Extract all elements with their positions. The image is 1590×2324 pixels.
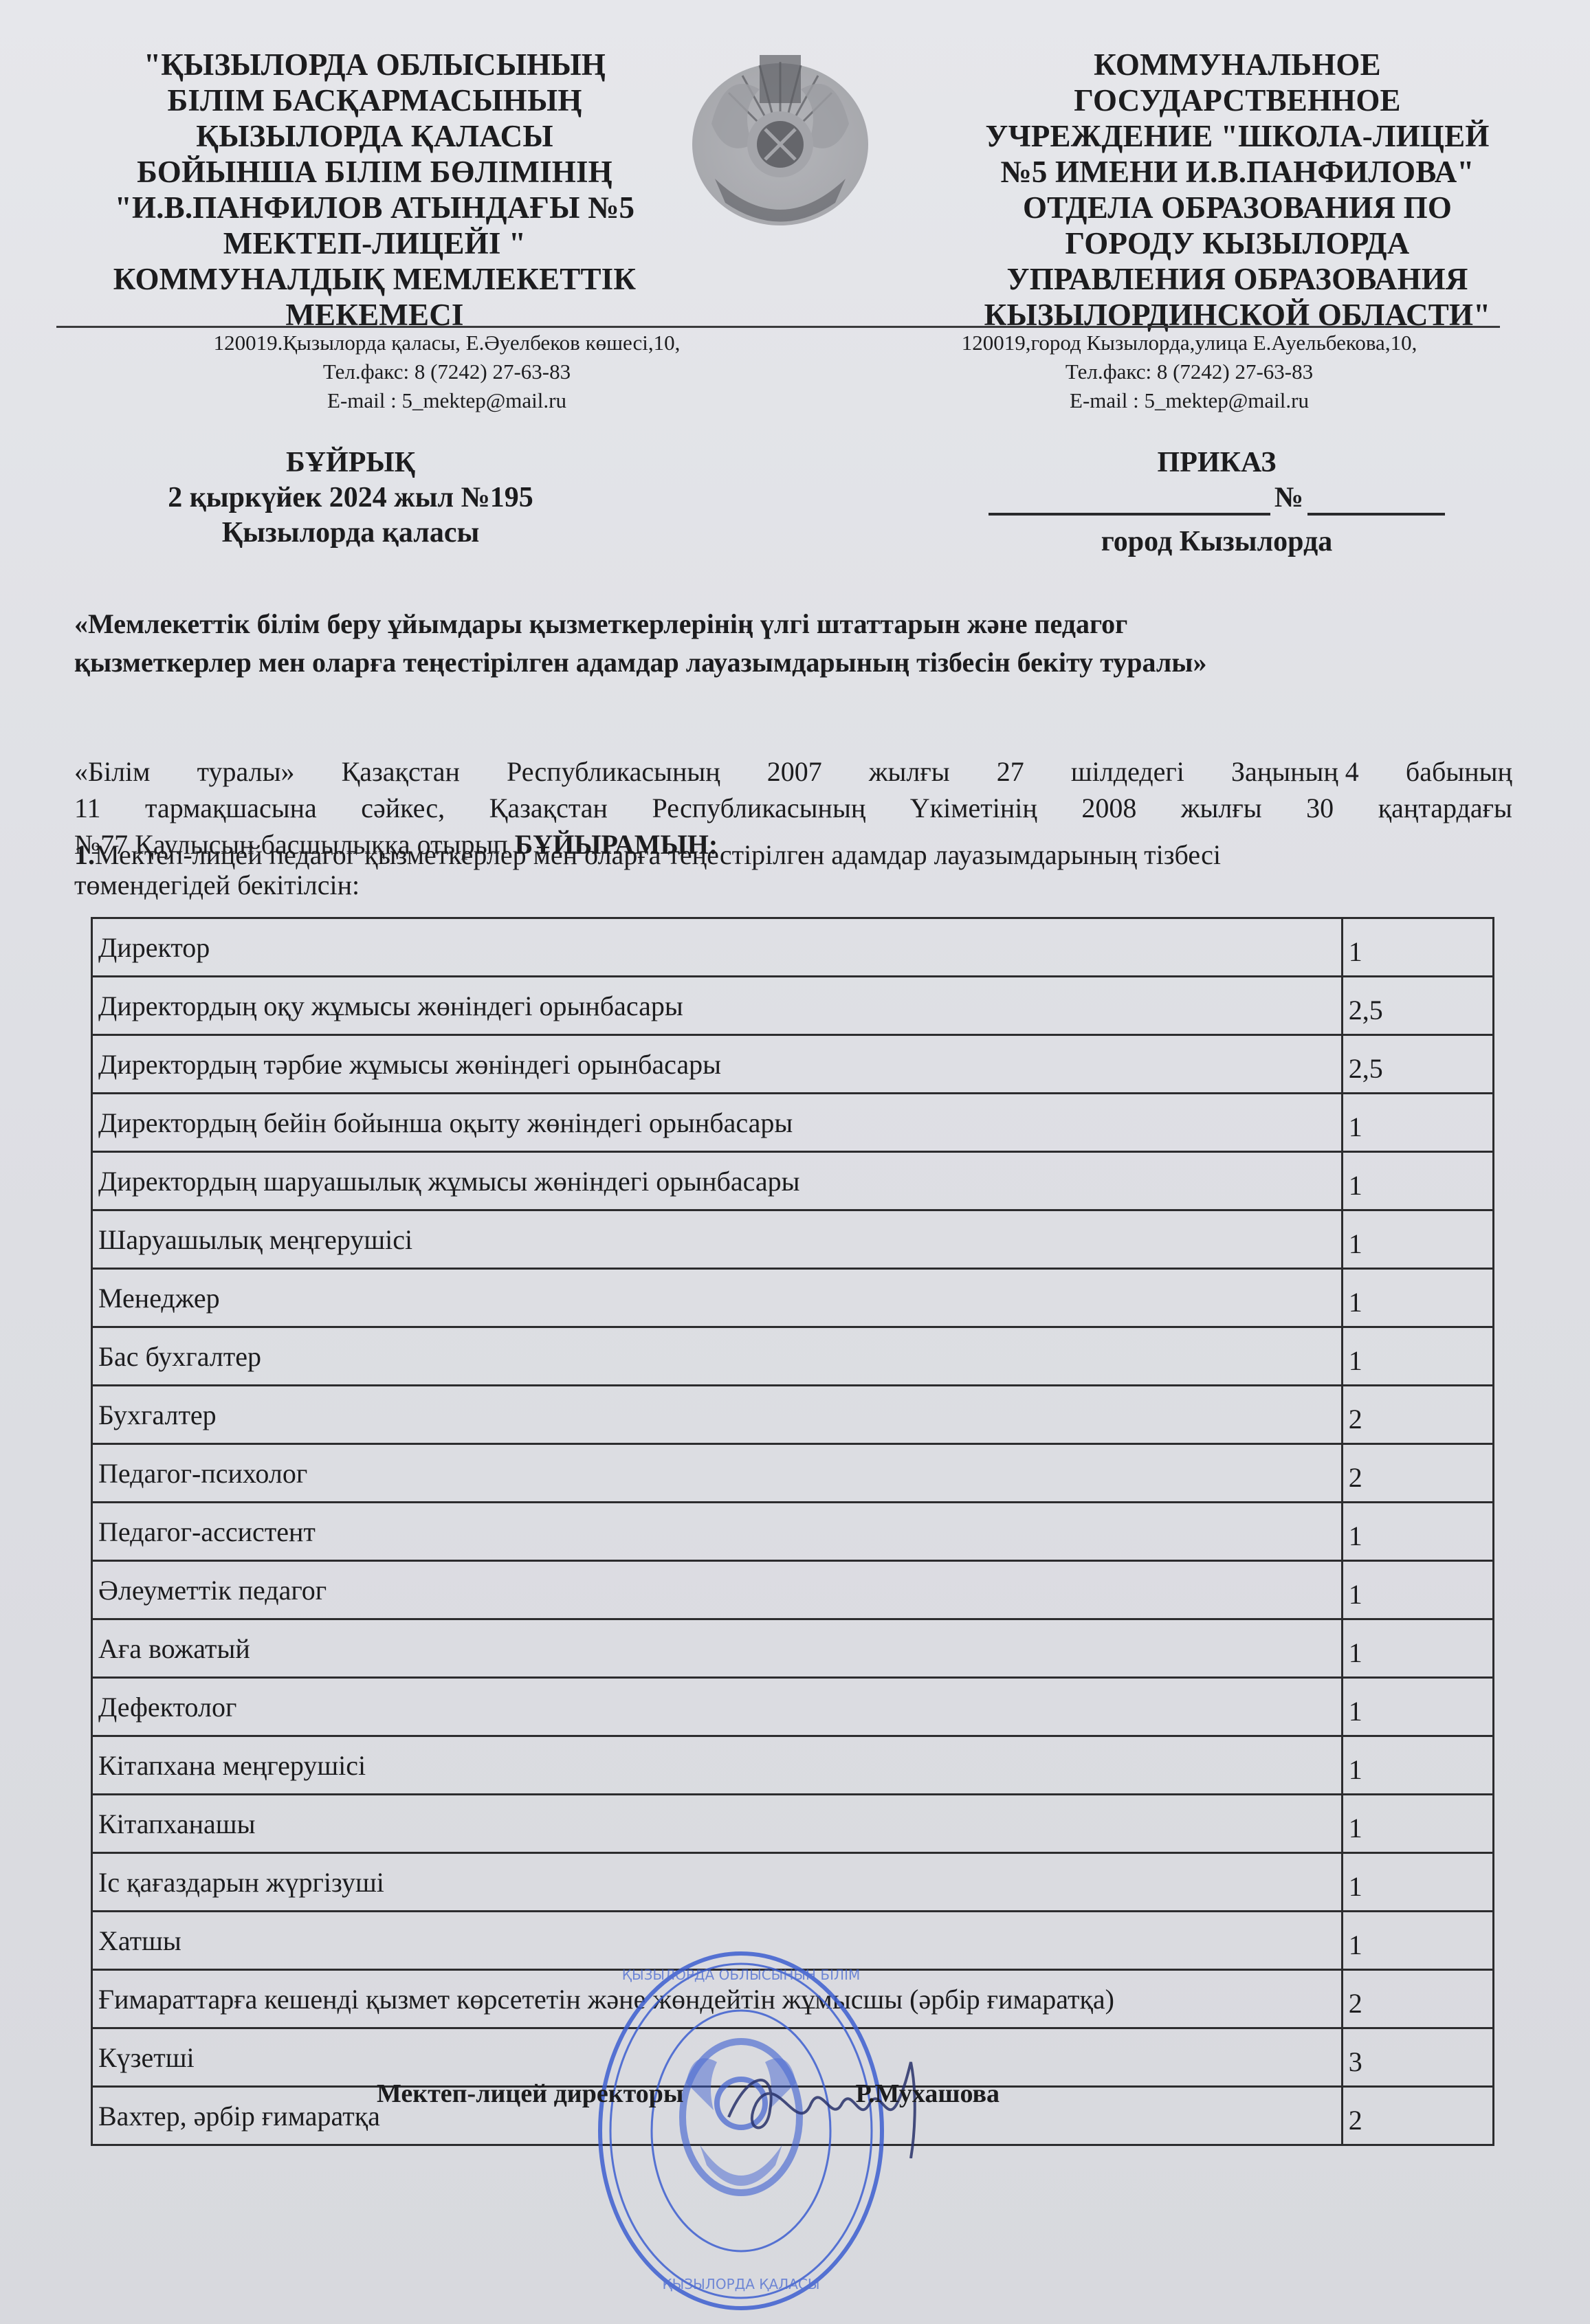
count-cell: 3 bbox=[1342, 2028, 1493, 2087]
order-title-russian: ПРИКАЗ bbox=[976, 445, 1457, 480]
point-text-cont: төмендегідей бекітілсін: bbox=[74, 870, 1518, 900]
position-cell: Бухгалтер bbox=[92, 1386, 1343, 1444]
address-russian: 120019,город Кызылорда,улица Е.Ауельбеко… bbox=[832, 329, 1547, 415]
preamble-word: «Білім bbox=[74, 753, 150, 790]
count-cell: 1 bbox=[1342, 1736, 1493, 1795]
position-cell: Директор bbox=[92, 918, 1343, 977]
svg-text:ҚЫЗЫЛОРДА ОБЛЫСЫНЫҢ БІЛІМ: ҚЫЗЫЛОРДА ОБЛЫСЫНЫҢ БІЛІМ bbox=[622, 1967, 860, 1983]
header-russian: КОММУНАЛЬНОЕ ГОСУДАРСТВЕННОЕ УЧРЕЖДЕНИЕ … bbox=[935, 47, 1540, 333]
preamble-word: Қазақстан bbox=[489, 790, 608, 826]
order-title-kazakh: БҰЙРЫҚ bbox=[110, 445, 591, 480]
position-cell: Директордың оқу жұмысы жөніндегі орынбас… bbox=[92, 977, 1343, 1035]
header-kazakh-line: БОЙЫНША БІЛІМ БӨЛІМІНІҢ bbox=[76, 154, 674, 190]
table-row: Педагог-психолог2 bbox=[92, 1444, 1494, 1503]
preamble-word: Республикасының bbox=[652, 790, 866, 826]
count-cell: 1 bbox=[1342, 1269, 1493, 1327]
preamble-word: 30 bbox=[1306, 790, 1334, 826]
count-cell: 2 bbox=[1342, 1970, 1493, 2028]
position-cell: Педагог-психолог bbox=[92, 1444, 1343, 1503]
count-cell: 1 bbox=[1342, 1853, 1493, 1912]
preamble-word: сәйкес, bbox=[361, 790, 445, 826]
count-cell: 2 bbox=[1342, 1444, 1493, 1503]
count-cell: 2 bbox=[1342, 1386, 1493, 1444]
header-russian-line: №5 ИМЕНИ И.В.ПАНФИЛОВА" bbox=[935, 154, 1540, 190]
table-row: Директор1 bbox=[92, 918, 1494, 977]
count-cell: 2,5 bbox=[1342, 1035, 1493, 1094]
table-row: Бас бухгалтер1 bbox=[92, 1327, 1494, 1386]
point-1: 1.Мектеп-лицей педагог қызметкерлер мен … bbox=[74, 840, 1518, 900]
header-russian-line: ГОРОДУ КЫЗЫЛОРДА bbox=[935, 225, 1540, 261]
address-kazakh: 120019.Қызылорда қаласы, Е.Әуелбеков көш… bbox=[137, 329, 756, 415]
count-cell: 1 bbox=[1342, 918, 1493, 977]
phone-fax: Тел.факс: 8 (7242) 27-63-83 bbox=[137, 357, 756, 386]
table-row: Педагог-ассистент1 bbox=[92, 1503, 1494, 1561]
table-row: Әлеуметтік педагог1 bbox=[92, 1561, 1494, 1619]
order-subject-title: «Мемлекеттік білім беру ұйымдары қызметк… bbox=[74, 605, 1518, 682]
count-cell: 1 bbox=[1342, 1678, 1493, 1736]
address-line: 120019,город Кызылорда,улица Е.Ауельбеко… bbox=[832, 329, 1547, 357]
header-russian-line: ГОСУДАРСТВЕННОЕ bbox=[935, 82, 1540, 118]
order-city-russian: город Кызылорда bbox=[976, 524, 1457, 560]
header-kazakh: "ҚЫЗЫЛОРДА ОБЛЫСЫНЫҢ БІЛІМ БАСҚАРМАСЫНЫҢ… bbox=[76, 47, 674, 333]
preamble-word: тармақшасына bbox=[145, 790, 317, 826]
signatory-role: Мектеп-лицей директоры bbox=[377, 2079, 684, 2108]
position-cell: Әлеуметтік педагог bbox=[92, 1561, 1343, 1619]
count-cell: 1 bbox=[1342, 1210, 1493, 1269]
header-kazakh-line: БІЛІМ БАСҚАРМАСЫНЫҢ bbox=[76, 82, 674, 118]
position-cell: Іс қағаздарын жүргізуші bbox=[92, 1853, 1343, 1912]
position-cell: Аға вожатый bbox=[92, 1619, 1343, 1678]
header-russian-line: КОММУНАЛЬНОЕ bbox=[935, 47, 1540, 82]
header-russian-line: ОТДЕЛА ОБРАЗОВАНИЯ ПО bbox=[935, 190, 1540, 225]
count-cell: 2,5 bbox=[1342, 977, 1493, 1035]
header-russian-line: УПРАВЛЕНИЯ ОБРАЗОВАНИЯ bbox=[935, 261, 1540, 297]
preamble-word: Үкіметінің bbox=[910, 790, 1037, 826]
preamble-word: 27 bbox=[997, 753, 1024, 790]
position-cell: Менеджер bbox=[92, 1269, 1343, 1327]
order-date-number: 2 қыркүйек 2024 жыл №195 bbox=[110, 480, 591, 516]
phone-fax: Тел.факс: 8 (7242) 27-63-83 bbox=[832, 357, 1547, 386]
table-row: Кітапханашы1 bbox=[92, 1795, 1494, 1853]
number-blank-line bbox=[1307, 487, 1445, 516]
count-cell: 1 bbox=[1342, 1912, 1493, 1970]
preamble-line-2: 11тармақшасынасәйкес,ҚазақстанРеспублика… bbox=[74, 790, 1512, 826]
preamble-word: Республикасының bbox=[507, 753, 720, 790]
preamble-word: шілдедегі bbox=[1071, 753, 1184, 790]
count-cell: 1 bbox=[1342, 1152, 1493, 1210]
email: E-mail : 5_mektep@mail.ru bbox=[832, 386, 1547, 415]
table-row: Аға вожатый1 bbox=[92, 1619, 1494, 1678]
table-row: Шаруашылық меңгерушісі1 bbox=[92, 1210, 1494, 1269]
table-row: Директордың шаруашылық жұмысы жөніндегі … bbox=[92, 1152, 1494, 1210]
email: E-mail : 5_mektep@mail.ru bbox=[137, 386, 756, 415]
svg-text:ҚЫЗЫЛОРДА ҚАЛАСЫ: ҚЫЗЫЛОРДА ҚАЛАСЫ bbox=[662, 2276, 819, 2292]
point-text: Мектеп-лицей педагог қызметкерлер мен ол… bbox=[95, 839, 1221, 870]
date-blank-line bbox=[989, 487, 1270, 516]
count-cell: 1 bbox=[1342, 1561, 1493, 1619]
table-row: Іс қағаздарын жүргізуші1 bbox=[92, 1853, 1494, 1912]
title-line: «Мемлекеттік білім беру ұйымдары қызметк… bbox=[74, 605, 1518, 643]
preamble-word: 2007 bbox=[767, 753, 822, 790]
order-info-kazakh: БҰЙРЫҚ 2 қыркүйек 2024 жыл №195 Қызылорд… bbox=[110, 445, 591, 551]
table-row: Кітапхана меңгерушісі1 bbox=[92, 1736, 1494, 1795]
table-row: Директордың бейін бойынша оқыту жөніндег… bbox=[92, 1094, 1494, 1152]
preamble-line-1: «Білімтуралы»ҚазақстанРеспубликасының200… bbox=[74, 753, 1512, 790]
count-cell: 1 bbox=[1342, 1619, 1493, 1678]
point-number: 1. bbox=[74, 839, 95, 870]
preamble-word: бабының bbox=[1406, 753, 1512, 790]
count-cell: 1 bbox=[1342, 1503, 1493, 1561]
order-city-kazakh: Қызылорда қаласы bbox=[110, 516, 591, 551]
table-row: Дефектолог1 bbox=[92, 1678, 1494, 1736]
preamble-word: туралы» bbox=[197, 753, 295, 790]
preamble-word: 2008 bbox=[1081, 790, 1136, 826]
position-cell: Бас бухгалтер bbox=[92, 1327, 1343, 1386]
position-cell: Кітапханашы bbox=[92, 1795, 1343, 1853]
preamble-word: қаңтардағы bbox=[1378, 790, 1512, 826]
count-cell: 2 bbox=[1342, 2087, 1493, 2145]
state-emblem-icon bbox=[677, 41, 883, 241]
signature-block: Мектеп-лицей директорыР.Мухашова bbox=[377, 2079, 1000, 2109]
header-kazakh-line: КОММУНАЛДЫҚ МЕМЛЕКЕТТІК bbox=[76, 261, 674, 297]
count-cell: 1 bbox=[1342, 1795, 1493, 1853]
position-cell: Директордың шаруашылық жұмысы жөніндегі … bbox=[92, 1152, 1343, 1210]
order-document: "ҚЫЗЫЛОРДА ОБЛЫСЫНЫҢ БІЛІМ БАСҚАРМАСЫНЫҢ… bbox=[0, 0, 1590, 2324]
header-kazakh-line: "И.В.ПАНФИЛОВ АТЫНДАҒЫ №5 bbox=[76, 190, 674, 225]
order-number-blank: № bbox=[989, 480, 1445, 516]
position-cell: Директордың бейін бойынша оқыту жөніндег… bbox=[92, 1094, 1343, 1152]
position-cell: Кітапхана меңгерушісі bbox=[92, 1736, 1343, 1795]
count-cell: 1 bbox=[1342, 1327, 1493, 1386]
header-kazakh-line: "ҚЫЗЫЛОРДА ОБЛЫСЫНЫҢ bbox=[76, 47, 674, 82]
table-row: Бухгалтер2 bbox=[92, 1386, 1494, 1444]
number-sign: № bbox=[1274, 480, 1303, 516]
header-kazakh-line: МЕКТЕП-ЛИЦЕЙІ " bbox=[76, 225, 674, 261]
address-line: 120019.Қызылорда қаласы, Е.Әуелбеков көш… bbox=[137, 329, 756, 357]
preamble-word: Заңының 4 bbox=[1231, 753, 1359, 790]
position-cell: Дефектолог bbox=[92, 1678, 1343, 1736]
title-line: қызметкерлер мен оларға теңестірілген ад… bbox=[74, 643, 1518, 682]
signatory-name: Р.Мухашова bbox=[856, 2079, 1000, 2108]
preamble-word: Қазақстан bbox=[342, 753, 460, 790]
header-russian-line: УЧРЕЖДЕНИЕ "ШКОЛА-ЛИЦЕЙ bbox=[935, 118, 1540, 154]
position-cell: Шаруашылық меңгерушісі bbox=[92, 1210, 1343, 1269]
preamble-word: 11 bbox=[74, 790, 101, 826]
table-row: Директордың оқу жұмысы жөніндегі орынбас… bbox=[92, 977, 1494, 1035]
preamble-word: жылғы bbox=[1181, 790, 1262, 826]
table-row: Директордың тәрбие жұмысы жөніндегі орын… bbox=[92, 1035, 1494, 1094]
table-row: Менеджер1 bbox=[92, 1269, 1494, 1327]
header-divider bbox=[56, 326, 1500, 328]
position-cell: Директордың тәрбие жұмысы жөніндегі орын… bbox=[92, 1035, 1343, 1094]
order-info-russian: ПРИКАЗ № город Кызылорда bbox=[976, 445, 1457, 560]
position-cell: Педагог-ассистент bbox=[92, 1503, 1343, 1561]
count-cell: 1 bbox=[1342, 1094, 1493, 1152]
header-kazakh-line: ҚЫЗЫЛОРДА ҚАЛАСЫ bbox=[76, 118, 674, 154]
preamble-word: жылғы bbox=[869, 753, 950, 790]
